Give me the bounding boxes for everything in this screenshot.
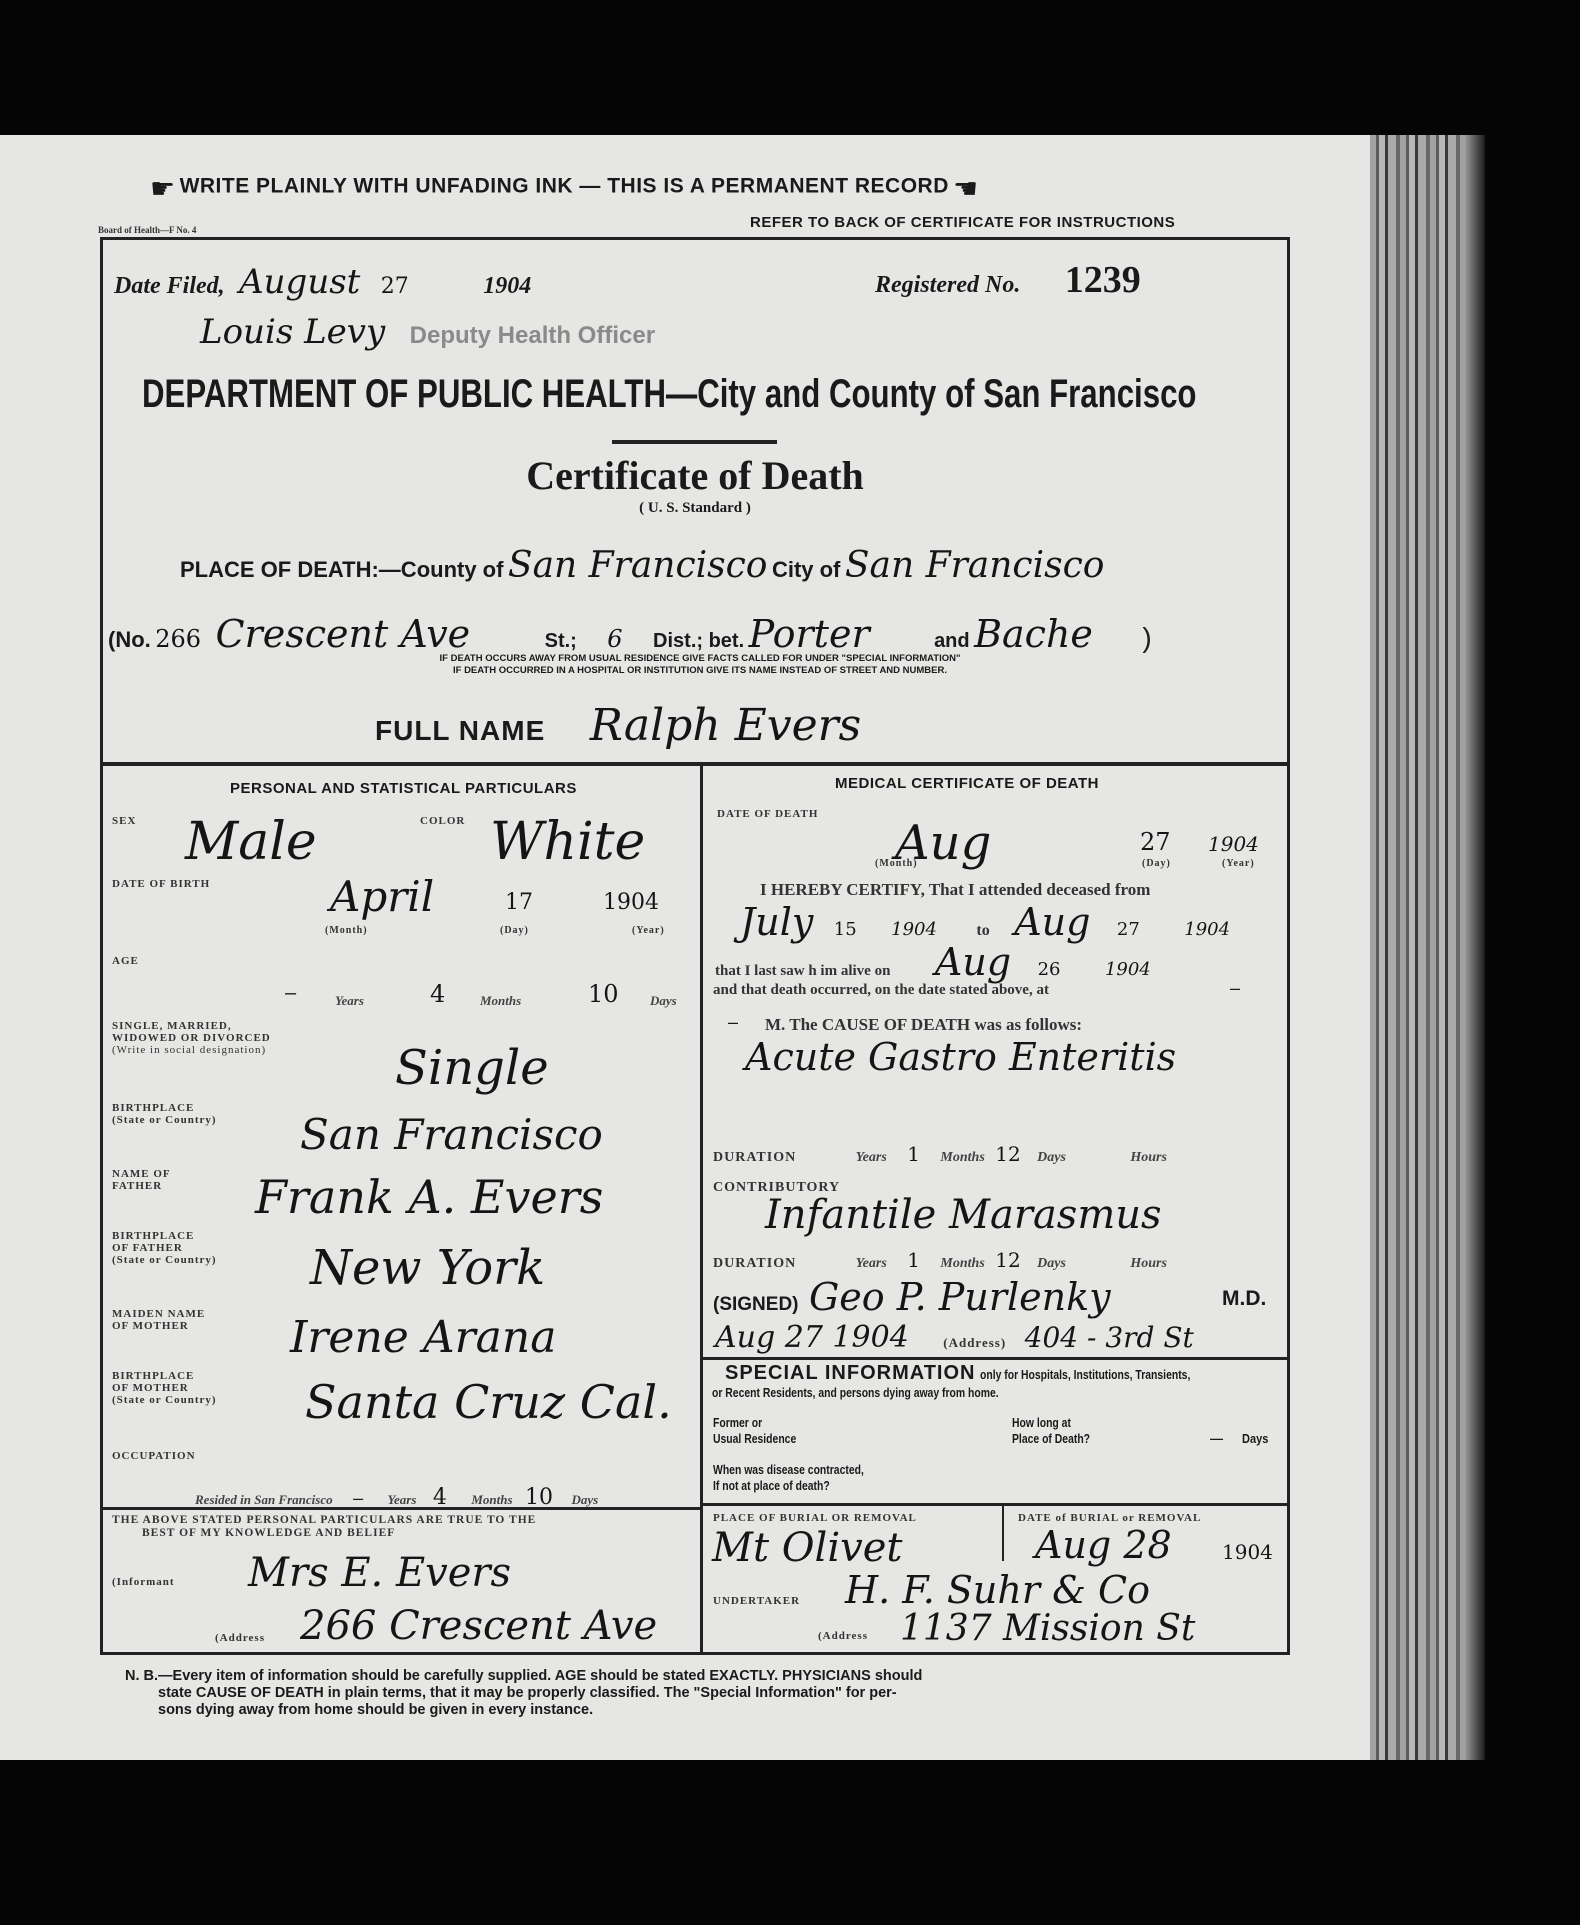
father-birthplace-label-line2: OF FATHER <box>112 1242 217 1254</box>
street-number: 266 <box>155 625 201 653</box>
special-rule <box>703 1357 1290 1360</box>
last-saw-row: that I last saw h im alive on Aug 26 190… <box>715 940 1151 984</box>
sex-label: SEX <box>112 815 136 827</box>
registered-label: Registered No. <box>875 272 1020 298</box>
dod-day: 27 <box>1140 828 1171 856</box>
age-label: AGE <box>112 955 139 967</box>
city-value: San Francisco <box>845 545 1105 586</box>
burial-place: Mt Olivet <box>712 1525 902 1571</box>
father-birthplace-label-line3: (State or Country) <box>112 1254 217 1266</box>
dob-label: DATE OF BIRTH <box>112 878 210 890</box>
mother-value: Irene Arana <box>290 1312 556 1363</box>
occurred-text: and that death occurred, on the date sta… <box>713 982 1049 999</box>
header-warning-row: ☛ WRITE PLAINLY WITH UNFADING INK — THIS… <box>150 172 1250 205</box>
registered-row: Registered No. 1239 <box>875 258 1141 302</box>
how-long-value: — <box>1210 1431 1223 1446</box>
informant-address: 266 Crescent Ave <box>300 1603 657 1649</box>
birthplace-value: San Francisco <box>300 1110 603 1159</box>
and-label: and <box>934 630 970 652</box>
how-long-label-line1: How long at <box>1012 1415 1090 1431</box>
dob-year: 1904 <box>603 890 659 915</box>
age-days-caption: Days <box>650 993 677 1009</box>
marital-value: Single <box>395 1040 549 1096</box>
contracted-label-line2: If not at place of death? <box>713 1478 864 1494</box>
resided-label: Resided in San Francisco <box>195 1492 333 1507</box>
duration-months-caption: Months <box>940 1150 984 1165</box>
duration-months: 12 <box>995 1142 1020 1166</box>
mother-birthplace-label-line1: BIRTHPLACE <box>112 1370 217 1382</box>
informant-label: (Informant <box>112 1576 175 1588</box>
officer-signature: Louis Levy <box>200 312 385 352</box>
duration2-years: 1 <box>907 1248 920 1272</box>
board-form-number: Board of Health—F No. 4 <box>98 225 196 235</box>
age-days: 10 <box>588 980 619 1008</box>
age-months: 4 <box>430 980 445 1008</box>
certify-text: I HEREBY CERTIFY, That I attended deceas… <box>760 880 1150 900</box>
contracted-label-line1: When was disease contracted, <box>713 1462 864 1478</box>
book-binding-shadow <box>1465 135 1485 1760</box>
residence-note: IF DEATH OCCURS AWAY FROM USUAL RESIDENC… <box>250 653 1150 677</box>
date-filed-label: Date Filed, <box>114 273 225 299</box>
registered-number: 1239 <box>1065 259 1141 301</box>
burial-place-label: PLACE OF BURIAL OR REMOVAL <box>713 1512 917 1524</box>
close-paren: ) <box>1142 622 1151 653</box>
special-heading-note: only for Hospitals, Institutions, Transi… <box>980 1367 1190 1382</box>
street-name: Crescent Ave <box>215 612 470 656</box>
color-value: White <box>490 812 645 872</box>
father-label-line2: FATHER <box>112 1180 171 1192</box>
personal-heading: PERSONAL AND STATISTICAL PARTICULARS <box>230 780 577 797</box>
last-saw-day: 26 <box>1038 959 1061 980</box>
md-label: M.D. <box>1222 1287 1266 1311</box>
footnote-line1: N. B.—Every item of information should b… <box>125 1668 922 1685</box>
medical-heading: MEDICAL CERTIFICATE OF DEATH <box>835 775 1099 792</box>
section-rule <box>100 762 1290 766</box>
how-long-label: How long at Place of Death? <box>1012 1415 1090 1447</box>
marital-label-line1: SINGLE, MARRIED, <box>112 1020 271 1032</box>
special-heading-row: SPECIAL INFORMATION only for Hospitals, … <box>725 1362 1243 1385</box>
dod-year-caption: (Year) <box>1222 858 1255 869</box>
mother-label-line2: OF MOTHER <box>112 1320 205 1332</box>
resided-days-caption: Days <box>571 1492 598 1507</box>
marital-label-line2: WIDOWED OR DIVORCED <box>112 1032 271 1044</box>
last-saw-month: Aug <box>935 940 1011 984</box>
duration-row: DURATION Years 1 Months 12 Days Hours <box>713 1142 1167 1166</box>
column-divider <box>700 766 703 1653</box>
date-filed-row: Date Filed, August 27 1904 <box>114 262 531 302</box>
last-saw-label: that I last saw h im alive on <box>715 963 890 979</box>
informant-statement-line1: THE ABOVE STATED PERSONAL PARTICULARS AR… <box>112 1514 536 1527</box>
contributory-value: Infantile Marasmus <box>765 1192 1162 1238</box>
undertaker-label: UNDERTAKER <box>713 1595 800 1607</box>
full-name-label: FULL NAME <box>375 715 545 746</box>
full-name-value: Ralph Evers <box>590 700 862 751</box>
dod-year: 1904 <box>1208 832 1259 856</box>
duration2-label: DURATION <box>713 1256 796 1271</box>
cause-prefix: – <box>728 1012 738 1033</box>
attended-to-day: 27 <box>1117 919 1140 940</box>
mother-birthplace-label-line3: (State or Country) <box>112 1394 217 1406</box>
signed-date: Aug 27 1904 <box>715 1320 909 1355</box>
special-heading-note-2: or Recent Residents, and persons dying a… <box>712 1385 999 1400</box>
header-warning: WRITE PLAINLY WITH UNFADING INK — THIS I… <box>180 175 949 198</box>
physician-address: 404 - 3rd St <box>1025 1321 1194 1354</box>
officer-row: Louis Levy Deputy Health Officer <box>200 312 655 352</box>
contracted-label: When was disease contracted, If not at p… <box>713 1462 864 1494</box>
footnote-line2: state CAUSE OF DEATH in plain terms, tha… <box>125 1685 922 1702</box>
duration-hours-caption: Hours <box>1130 1150 1167 1165</box>
color-label: COLOR <box>420 815 465 827</box>
dob-day: 17 <box>505 890 533 915</box>
between-street-1: Porter <box>749 612 870 656</box>
birthplace-label: BIRTHPLACE (State or Country) <box>112 1102 217 1126</box>
footnote: N. B.—Every item of information should b… <box>125 1668 922 1719</box>
residence-note-line1: IF DEATH OCCURS AWAY FROM USUAL RESIDENC… <box>250 653 1150 665</box>
father-birthplace-value: New York <box>310 1240 545 1296</box>
birthplace-label-line2: (State or Country) <box>112 1114 217 1126</box>
attended-to-label: to <box>976 922 989 939</box>
former-residence-label: Former or Usual Residence <box>713 1415 796 1447</box>
full-name-row: FULL NAME Ralph Evers <box>375 700 861 751</box>
attended-from-year: 1904 <box>891 919 937 940</box>
father-birthplace-label-line1: BIRTHPLACE <box>112 1230 217 1242</box>
age-months-caption: Months <box>480 993 521 1009</box>
marital-label-line3: (Write in social designation) <box>112 1044 271 1056</box>
duration2-days-caption: Days <box>1037 1256 1066 1271</box>
occupation-label: OCCUPATION <box>112 1450 196 1462</box>
signed-row: (SIGNED) Geo P. Purlenky <box>713 1275 1111 1319</box>
burial-rule <box>703 1503 1290 1506</box>
dod-day-caption: (Day) <box>1142 858 1171 869</box>
date-filed-year: 1904 <box>483 273 531 299</box>
father-birthplace-label: BIRTHPLACE OF FATHER (State or Country) <box>112 1230 217 1266</box>
cause-value: Acute Gastro Enteritis <box>745 1035 1176 1079</box>
occurred-time: – <box>1230 978 1240 999</box>
attended-row: July 15 1904 to Aug 27 1904 <box>740 900 1230 944</box>
no-label: (No. <box>108 627 151 652</box>
duration-days-caption: Days <box>1037 1150 1066 1165</box>
footnote-line3: sons dying away from home should be give… <box>125 1702 922 1719</box>
city-label: City of <box>772 557 840 582</box>
informant-statement-line2: BEST OF MY KNOWLEDGE AND BELIEF <box>112 1527 536 1540</box>
physician-signature: Geo P. Purlenky <box>809 1275 1111 1319</box>
certificate-title: Certificate of Death <box>0 452 1390 499</box>
cause-text: M. The CAUSE OF DEATH was as follows: <box>765 1015 1082 1035</box>
dob-year-caption: (Year) <box>632 925 665 936</box>
pointing-hand-icon: ☛ <box>150 173 175 204</box>
dist-label: Dist.; bet. <box>653 630 744 652</box>
duration2-months: 12 <box>995 1248 1020 1272</box>
father-label: NAME OF FATHER <box>112 1168 171 1192</box>
mother-label: MAIDEN NAME OF MOTHER <box>112 1308 205 1332</box>
special-heading: SPECIAL INFORMATION <box>725 1362 975 1384</box>
duration2-years-caption: Years <box>856 1256 887 1271</box>
department-title: DEPARTMENT OF PUBLIC HEALTH—City and Cou… <box>142 372 1196 417</box>
book-binding-edge <box>1370 135 1465 1760</box>
signed-date-row: Aug 27 1904 (Address) 404 - 3rd St <box>715 1320 1194 1355</box>
resided-years-caption: Years <box>388 1492 417 1507</box>
informant-rule <box>100 1507 700 1510</box>
undertaker-address: 1137 Mission St <box>900 1608 1195 1649</box>
sex-value: Male <box>185 812 317 872</box>
mother-birthplace-value: Santa Cruz Cal. <box>305 1375 672 1429</box>
dod-month-caption: (Month) <box>875 858 918 869</box>
place-of-death-row: PLACE OF DEATH:—County of San Francisco … <box>180 545 1104 586</box>
address-row: (No. 266 Crescent Ave St.; 6 Dist.; bet.… <box>108 612 1152 656</box>
physician-address-label: (Address) <box>943 1335 1006 1350</box>
informant-address-label: (Address <box>215 1632 265 1644</box>
burial-divider <box>1002 1506 1004 1561</box>
mother-birthplace-label: BIRTHPLACE OF MOTHER (State or Country) <box>112 1370 217 1406</box>
marital-label: SINGLE, MARRIED, WIDOWED OR DIVORCED (Wr… <box>112 1020 271 1056</box>
father-label-line1: NAME OF <box>112 1168 171 1180</box>
refer-instructions: REFER TO BACK OF CERTIFICATE FOR INSTRUC… <box>750 214 1175 231</box>
undertaker-address-label: (Address <box>818 1630 868 1642</box>
attended-to-month: Aug <box>1014 900 1090 944</box>
attended-from-month: July <box>740 900 813 944</box>
days-label: Days <box>1242 1431 1268 1446</box>
title-rule <box>612 440 777 444</box>
dob-month: April <box>330 872 434 921</box>
date-filed-month: August <box>239 262 360 302</box>
dod-label: DATE OF DEATH <box>717 808 818 820</box>
duration-label: DURATION <box>713 1150 796 1165</box>
mother-birthplace-label-line2: OF MOTHER <box>112 1382 217 1394</box>
former-residence-label-line1: Former or <box>713 1415 796 1431</box>
informant-statement: THE ABOVE STATED PERSONAL PARTICULARS AR… <box>112 1514 536 1540</box>
attended-from-day: 15 <box>834 919 857 940</box>
birthplace-label-line1: BIRTHPLACE <box>112 1102 217 1114</box>
duration2-months-caption: Months <box>940 1256 984 1271</box>
pointing-hand-icon: ☛ <box>953 172 978 205</box>
mother-label-line1: MAIDEN NAME <box>112 1308 205 1320</box>
date-filed-day: 27 <box>381 274 409 299</box>
duration2-hours-caption: Hours <box>1130 1256 1167 1271</box>
duration2-row: DURATION Years 1 Months 12 Days Hours <box>713 1248 1167 1272</box>
burial-date: Aug 28 <box>1035 1523 1172 1567</box>
residence-note-line2: IF DEATH OCCURRED IN A HOSPITAL OR INSTI… <box>250 665 1150 677</box>
place-of-death-label: PLACE OF DEATH:—County of <box>180 557 503 582</box>
duration-years-caption: Years <box>856 1150 887 1165</box>
dob-month-caption: (Month) <box>325 925 368 936</box>
burial-year: 1904 <box>1222 1540 1273 1564</box>
st-label: St.; <box>545 630 577 652</box>
age-years-caption: Years <box>335 993 364 1009</box>
dob-day-caption: (Day) <box>500 925 529 936</box>
county-value: San Francisco <box>508 545 768 586</box>
age-years: – <box>285 982 296 1005</box>
signed-label: (SIGNED) <box>713 1294 799 1315</box>
last-saw-year: 1904 <box>1105 959 1151 980</box>
how-long-label-line2: Place of Death? <box>1012 1431 1090 1447</box>
attended-to-year: 1904 <box>1184 919 1230 940</box>
undertaker-value: H. F. Suhr & Co <box>845 1568 1150 1612</box>
district-number: 6 <box>607 625 622 653</box>
resided-months-caption: Months <box>471 1492 512 1507</box>
between-street-2: Bache <box>974 612 1093 656</box>
father-value: Frank A. Evers <box>255 1170 603 1224</box>
standard-note: ( U. S. Standard ) <box>0 500 1390 517</box>
duration-years: 1 <box>907 1142 920 1166</box>
officer-title: Deputy Health Officer <box>410 322 655 349</box>
former-residence-label-line2: Usual Residence <box>713 1431 796 1447</box>
resided-years: – <box>353 1488 363 1508</box>
informant-name: Mrs E. Evers <box>248 1550 511 1596</box>
